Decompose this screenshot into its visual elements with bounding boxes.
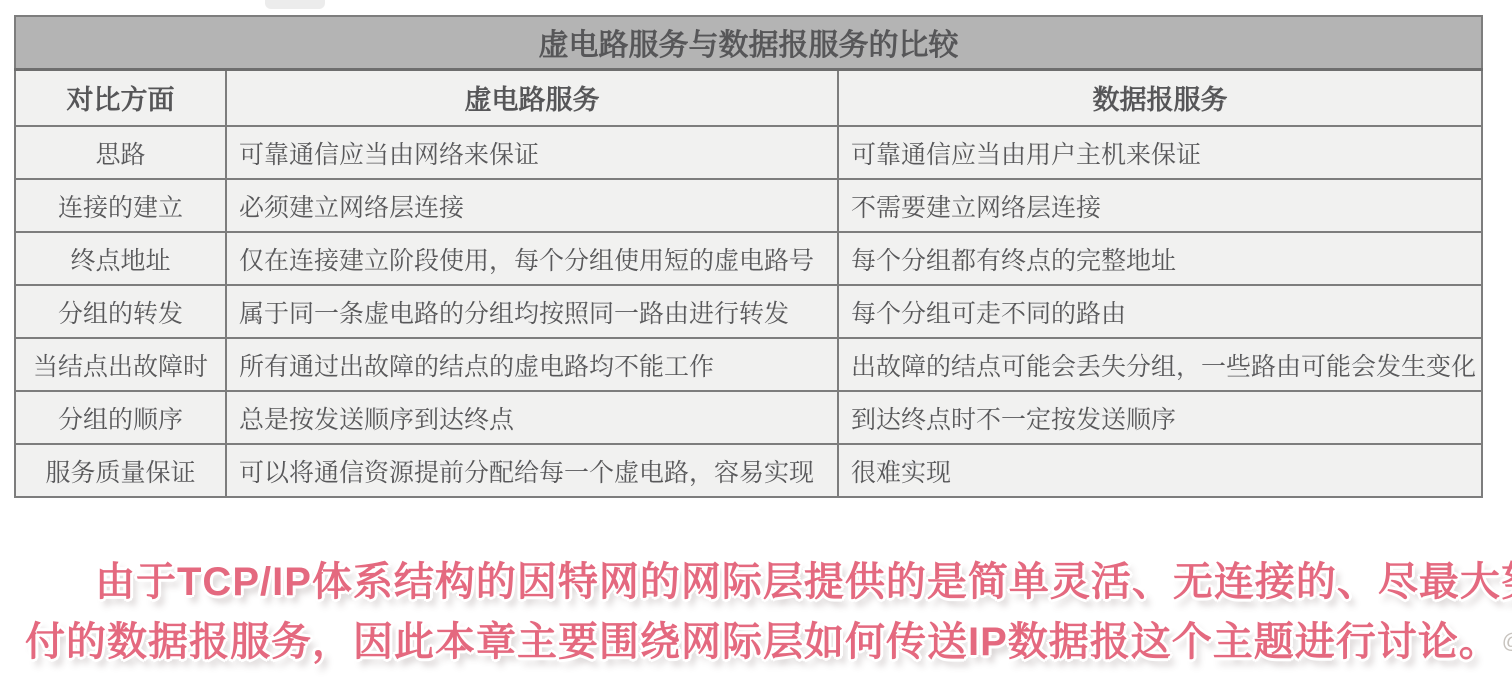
top-artifact [265, 0, 325, 9]
row-virtual-circuit-value: 仅在连接建立阶段使用，每个分组使用短的虚电路号 [226, 232, 838, 285]
note-line-1: 由于TCP/IP体系结构的因特网的网际层提供的是简单灵活、无连接的、尽最大努力交 [25, 552, 1496, 612]
row-virtual-circuit-value: 可靠通信应当由网络来保证 [226, 126, 838, 179]
table-title: 虚电路服务与数据报服务的比较 [15, 16, 1482, 69]
column-header-virtual-circuit: 虚电路服务 [226, 69, 838, 126]
row-aspect: 分组的转发 [15, 285, 226, 338]
table-row: 终点地址 仅在连接建立阶段使用，每个分组使用短的虚电路号 每个分组都有终点的完整… [15, 232, 1482, 285]
row-virtual-circuit-value: 总是按发送顺序到达终点 [226, 391, 838, 444]
column-header-aspect: 对比方面 [15, 69, 226, 126]
row-datagram-value: 很难实现 [838, 444, 1482, 497]
table-row: 服务质量保证 可以将通信资源提前分配给每一个虚电路，容易实现 很难实现 [15, 444, 1482, 497]
row-virtual-circuit-value: 属于同一条虚电路的分组均按照同一路由进行转发 [226, 285, 838, 338]
row-aspect: 终点地址 [15, 232, 226, 285]
row-datagram-value: 每个分组都有终点的完整地址 [838, 232, 1482, 285]
table-title-row: 虚电路服务与数据报服务的比较 [15, 16, 1482, 69]
column-header-datagram: 数据报服务 [838, 69, 1482, 126]
table-row: 分组的顺序 总是按发送顺序到达终点 到达终点时不一定按发送顺序 [15, 391, 1482, 444]
table-row: 思路 可靠通信应当由网络来保证 可靠通信应当由用户主机来保证 [15, 126, 1482, 179]
row-datagram-value: 每个分组可走不同的路由 [838, 285, 1482, 338]
note-paragraph: 由于TCP/IP体系结构的因特网的网际层提供的是简单灵活、无连接的、尽最大努力交… [25, 552, 1496, 672]
row-virtual-circuit-value: 可以将通信资源提前分配给每一个虚电路，容易实现 [226, 444, 838, 497]
comparison-table: 虚电路服务与数据报服务的比较 对比方面 虚电路服务 数据报服务 思路 可靠通信应… [14, 15, 1483, 498]
slide: 虚电路服务与数据报服务的比较 对比方面 虚电路服务 数据报服务 思路 可靠通信应… [0, 0, 1512, 687]
watermark: @稀土掘金技术社区 [1502, 630, 1512, 653]
row-aspect: 思路 [15, 126, 226, 179]
row-aspect: 分组的顺序 [15, 391, 226, 444]
row-datagram-value: 可靠通信应当由用户主机来保证 [838, 126, 1482, 179]
row-datagram-value: 不需要建立网络层连接 [838, 179, 1482, 232]
table-header-row: 对比方面 虚电路服务 数据报服务 [15, 69, 1482, 126]
row-aspect: 连接的建立 [15, 179, 226, 232]
table-row: 分组的转发 属于同一条虚电路的分组均按照同一路由进行转发 每个分组可走不同的路由 [15, 285, 1482, 338]
note-line-2-text: 付的数据报服务，因此本章主要围绕网际层如何传送IP数据报这个主题进行讨论。 [25, 620, 1500, 664]
table-row: 当结点出故障时 所有通过出故障的结点的虚电路均不能工作 出故障的结点可能会丢失分… [15, 338, 1482, 391]
row-virtual-circuit-value: 所有通过出故障的结点的虚电路均不能工作 [226, 338, 838, 391]
row-datagram-value: 到达终点时不一定按发送顺序 [838, 391, 1482, 444]
note-line-2: 付的数据报服务，因此本章主要围绕网际层如何传送IP数据报这个主题进行讨论。@稀土… [25, 612, 1496, 672]
row-datagram-value: 出故障的结点可能会丢失分组，一些路由可能会发生变化 [838, 338, 1482, 391]
table-row: 连接的建立 必须建立网络层连接 不需要建立网络层连接 [15, 179, 1482, 232]
row-aspect: 服务质量保证 [15, 444, 226, 497]
row-virtual-circuit-value: 必须建立网络层连接 [226, 179, 838, 232]
row-aspect: 当结点出故障时 [15, 338, 226, 391]
